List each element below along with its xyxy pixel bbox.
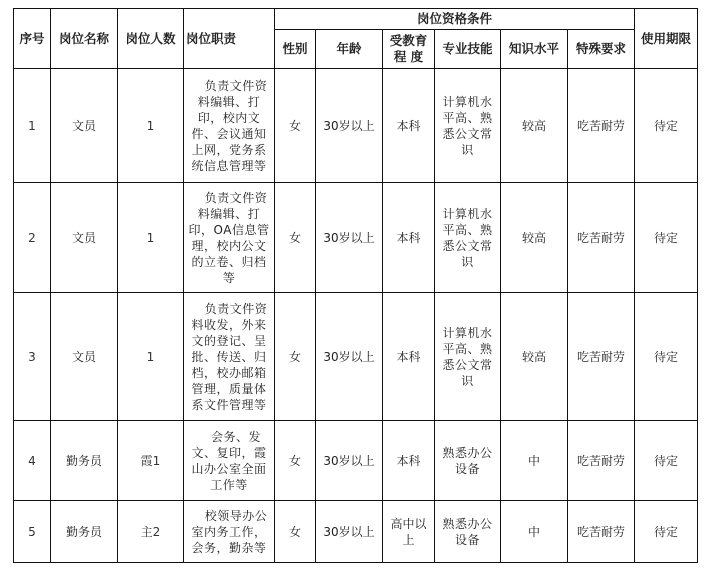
cell-special: 吃苦耐劳 xyxy=(568,293,635,421)
cell-duties: 负责文件资料编辑、打印，OA信息管理，校内公文的立卷、归档等 xyxy=(184,183,275,293)
cell-index: 5 xyxy=(14,501,51,563)
header-row-top: 序号 岗位名称 岗位人数 岗位职责 岗位资格条件 使用期限 xyxy=(14,9,698,30)
cell-knowledge: 中 xyxy=(501,501,568,563)
cell-index: 2 xyxy=(14,183,51,293)
cell-gender: 女 xyxy=(275,501,316,563)
cell-skills: 计算机水平高、熟悉公文常识 xyxy=(435,69,501,183)
table-row: 4 勤务员 霞1 会务、发文、复印，霞山办公室全面工作等 女 30岁以上 本科 … xyxy=(14,421,698,501)
header-qualifications-group: 岗位资格条件 xyxy=(275,9,635,30)
header-age: 年龄 xyxy=(316,30,383,69)
cell-education: 本科 xyxy=(383,183,435,293)
cell-position-name: 勤务员 xyxy=(51,501,118,563)
cell-position-name: 文员 xyxy=(51,183,118,293)
table-row: 3 文员 1 负责文件资料收发，外来文的登记、呈批、传送、归档，校办邮箱管理，质… xyxy=(14,293,698,421)
header-knowledge: 知识水平 xyxy=(501,30,568,69)
cell-skills: 熟悉办公设备 xyxy=(435,421,501,501)
cell-skills: 计算机水平高、熟悉公文常识 xyxy=(435,183,501,293)
cell-gender: 女 xyxy=(275,293,316,421)
cell-index: 1 xyxy=(14,69,51,183)
table-row: 5 勤务员 主2 校领导办公室内务工作，会务，勤杂等 女 30岁以上 高中以上 … xyxy=(14,501,698,563)
cell-gender: 女 xyxy=(275,183,316,293)
duties-text: 负责文件资料编辑、打印，校内文件、会议通知上网，党务系统信息管理等 xyxy=(191,79,267,173)
cell-duties: 负责文件资料收发，外来文的登记、呈批、传送、归档，校办邮箱管理，质量体系文件管理… xyxy=(184,293,275,421)
cell-gender: 女 xyxy=(275,421,316,501)
duties-text: 会务、发文、复印，霞山办公室全面工作等 xyxy=(191,430,266,492)
cell-age: 30岁以上 xyxy=(316,183,383,293)
cell-education: 本科 xyxy=(383,293,435,421)
cell-skills: 计算机水平高、熟悉公文常识 xyxy=(435,293,501,421)
cell-term: 待定 xyxy=(635,183,698,293)
cell-position-name: 文员 xyxy=(51,69,118,183)
cell-duties: 校领导办公室内务工作，会务，勤杂等 xyxy=(184,501,275,563)
cell-knowledge: 较高 xyxy=(501,293,568,421)
table-row: 2 文员 1 负责文件资料编辑、打印，OA信息管理，校内公文的立卷、归档等 女 … xyxy=(14,183,698,293)
header-headcount: 岗位人数 xyxy=(118,9,184,69)
cell-knowledge: 中 xyxy=(501,421,568,501)
header-education-line2: 程 度 xyxy=(394,49,423,64)
cell-skills: 熟悉办公设备 xyxy=(435,501,501,563)
header-special: 特殊要求 xyxy=(568,30,635,69)
cell-position-name: 勤务员 xyxy=(51,421,118,501)
cell-term: 待定 xyxy=(635,501,698,563)
duties-text: 负责文件资料收发，外来文的登记、呈批、传送、归档，校办邮箱管理，质量体系文件管理… xyxy=(191,302,267,412)
cell-education: 本科 xyxy=(383,69,435,183)
duties-text: 负责文件资料编辑、打印，OA信息管理，校内公文的立卷、归档等 xyxy=(189,191,270,285)
cell-duties: 负责文件资料编辑、打印，校内文件、会议通知上网，党务系统信息管理等 xyxy=(184,69,275,183)
header-term: 使用期限 xyxy=(635,9,698,69)
cell-education: 高中以上 xyxy=(383,501,435,563)
cell-age: 30岁以上 xyxy=(316,421,383,501)
job-positions-table: 序号 岗位名称 岗位人数 岗位职责 岗位资格条件 使用期限 性别 年龄 受教育 … xyxy=(13,8,698,563)
header-education-line1: 受教育 xyxy=(390,33,428,48)
cell-age: 30岁以上 xyxy=(316,501,383,563)
cell-headcount: 主2 xyxy=(118,501,184,563)
cell-gender: 女 xyxy=(275,69,316,183)
cell-headcount: 1 xyxy=(118,183,184,293)
duties-text: 校领导办公室内务工作，会务，勤杂等 xyxy=(191,509,267,555)
header-duties: 岗位职责 xyxy=(184,9,275,69)
cell-knowledge: 较高 xyxy=(501,69,568,183)
cell-index: 3 xyxy=(14,293,51,421)
cell-knowledge: 较高 xyxy=(501,183,568,293)
header-skills: 专业技能 xyxy=(435,30,501,69)
header-index: 序号 xyxy=(14,9,51,69)
header-position-name: 岗位名称 xyxy=(51,9,118,69)
cell-term: 待定 xyxy=(635,293,698,421)
cell-position-name: 文员 xyxy=(51,293,118,421)
header-education: 受教育 程 度 xyxy=(383,30,435,69)
cell-special: 吃苦耐劳 xyxy=(568,501,635,563)
cell-special: 吃苦耐劳 xyxy=(568,421,635,501)
table-row: 1 文员 1 负责文件资料编辑、打印，校内文件、会议通知上网，党务系统信息管理等… xyxy=(14,69,698,183)
cell-headcount: 1 xyxy=(118,293,184,421)
cell-headcount: 霞1 xyxy=(118,421,184,501)
cell-age: 30岁以上 xyxy=(316,293,383,421)
cell-education: 本科 xyxy=(383,421,435,501)
cell-duties: 会务、发文、复印，霞山办公室全面工作等 xyxy=(184,421,275,501)
cell-term: 待定 xyxy=(635,69,698,183)
cell-age: 30岁以上 xyxy=(316,69,383,183)
cell-index: 4 xyxy=(14,421,51,501)
cell-special: 吃苦耐劳 xyxy=(568,183,635,293)
cell-headcount: 1 xyxy=(118,69,184,183)
header-gender: 性别 xyxy=(275,30,316,69)
cell-special: 吃苦耐劳 xyxy=(568,69,635,183)
cell-term: 待定 xyxy=(635,421,698,501)
